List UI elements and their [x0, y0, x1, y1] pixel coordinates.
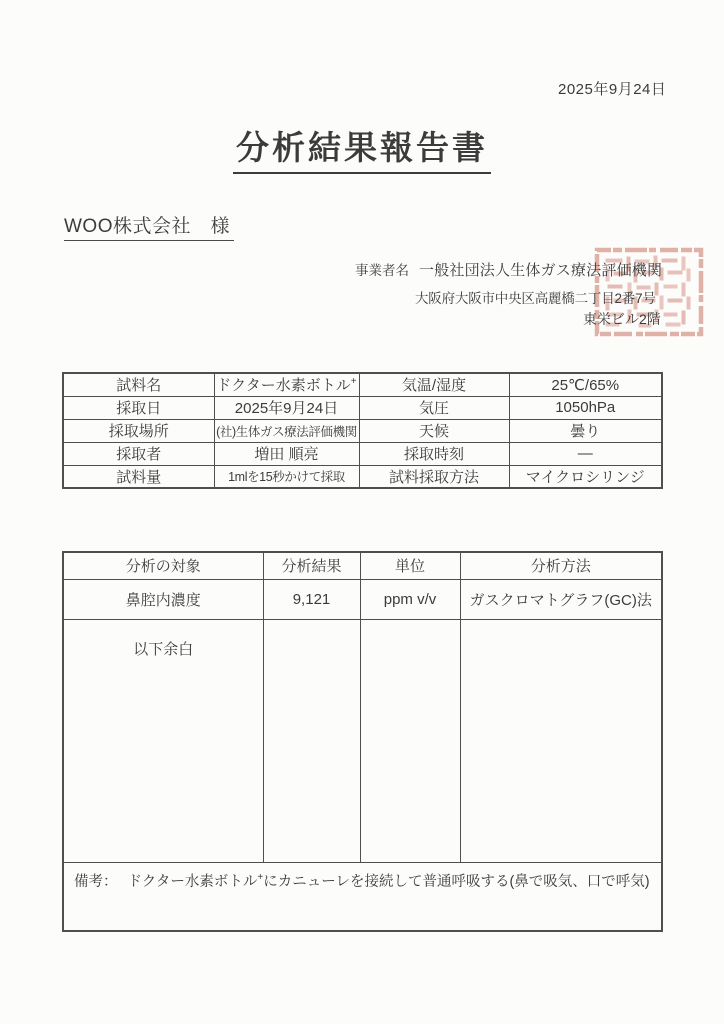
issuer-address-line2: 東栄ビル2階	[583, 309, 661, 329]
header-unit: 単位	[360, 552, 460, 579]
remarks-cell: 備考：ドクター水素ボトル+にカニューレを接続して普通呼吸する(鼻で吸気、口で呼気…	[63, 862, 662, 931]
table-row: 試料量 1mlを15秒かけて採取 試料採取方法 マイクロシリンジ	[63, 465, 662, 488]
issuer-name: 一般社団法人生体ガス療法評価機関	[419, 259, 662, 280]
addressee: WOO株式会社 様	[64, 211, 234, 241]
collection-time-label: 採取時刻	[359, 442, 509, 465]
table-row: 採取日 2025年9月24日 気圧 1050hPa	[63, 396, 662, 419]
header-result: 分析結果	[263, 552, 360, 579]
result-unit: ppm v/v	[360, 579, 460, 619]
title-row: 分析結果報告書	[0, 122, 724, 174]
sample-amount-value: 1mlを15秒かけて採取	[214, 465, 359, 488]
addressee-text: WOO株式会社 様	[64, 211, 234, 241]
sample-name-label: 試料名	[63, 373, 214, 396]
superscript-plus: +	[351, 376, 357, 387]
blank-row: 以下余白	[63, 619, 662, 862]
analysis-result-table: 分析の対象 分析結果 単位 分析方法 鼻腔内濃度 9,121 ppm v/v ガ…	[62, 551, 663, 932]
pressure-value: 1050hPa	[509, 396, 662, 419]
sample-info-table: 試料名 ドクター水素ボトル+ 気温/湿度 25℃/65% 採取日 2025年9月…	[62, 372, 663, 489]
sample-amount-label: 試料量	[63, 465, 214, 488]
result-method: ガスクロマトグラフ(GC)法	[460, 579, 662, 619]
result-target: 鼻腔内濃度	[63, 579, 263, 619]
temp-humidity-label: 気温/湿度	[359, 373, 509, 396]
remarks-row: 備考：ドクター水素ボトル+にカニューレを接続して普通呼吸する(鼻で吸気、口で呼気…	[63, 862, 662, 931]
weather-label: 天候	[359, 419, 509, 442]
issuer-address-line1: 大阪府大阪市中央区高麗橋二丁目2番7号	[415, 287, 656, 307]
collection-date-value: 2025年9月24日	[214, 396, 359, 419]
pressure-label: 気圧	[359, 396, 509, 419]
temp-humidity-value: 25℃/65%	[509, 373, 662, 396]
issuer-line: 事業者名 一般社団法人生体ガス療法評価機関	[355, 259, 662, 280]
empty-cell	[360, 619, 460, 862]
collector-label: 採取者	[63, 442, 214, 465]
empty-cell	[460, 619, 662, 862]
blank-note: 以下余白	[64, 620, 263, 659]
sampling-method-value: マイクロシリンジ	[509, 465, 662, 488]
report-date: 2025年9月24日	[558, 78, 666, 99]
result-value: 9,121	[263, 579, 360, 619]
table-row: 採取場所 (社)生体ガス療法評価機関 天候 曇り	[63, 419, 662, 442]
table-row: 試料名 ドクター水素ボトル+ 気温/湿度 25℃/65%	[63, 373, 662, 396]
remarks-label: 備考：	[74, 874, 118, 890]
weather-value: 曇り	[509, 419, 662, 442]
page-title: 分析結果報告書	[233, 122, 491, 174]
header-method: 分析方法	[460, 552, 662, 579]
sample-name-value: ドクター水素ボトル+	[214, 373, 359, 396]
collection-time-value: ―	[509, 442, 662, 465]
collector-value: 増田 順亮	[214, 442, 359, 465]
remarks-text-pre: ドクター水素ボトル	[128, 874, 258, 890]
collection-place-label: 採取場所	[63, 419, 214, 442]
report-page: 2025年9月24日 分析結果報告書 WOO株式会社 様 事業者名 一般社団法人…	[0, 0, 724, 1024]
header-target: 分析の対象	[63, 552, 263, 579]
blank-note-cell: 以下余白	[63, 619, 263, 862]
issuer-label: 事業者名	[355, 259, 409, 279]
sampling-method-label: 試料採取方法	[359, 465, 509, 488]
analysis-result-row: 鼻腔内濃度 9,121 ppm v/v ガスクロマトグラフ(GC)法	[63, 579, 662, 619]
analysis-header-row: 分析の対象 分析結果 単位 分析方法	[63, 552, 662, 579]
collection-place-value: (社)生体ガス療法評価機関	[214, 419, 359, 442]
table-row: 採取者 増田 順亮 採取時刻 ―	[63, 442, 662, 465]
remarks-text-post: にカニューレを接続して普通呼吸する(鼻で吸気、口で呼気)	[263, 874, 649, 890]
collection-date-label: 採取日	[63, 396, 214, 419]
empty-cell	[263, 619, 360, 862]
